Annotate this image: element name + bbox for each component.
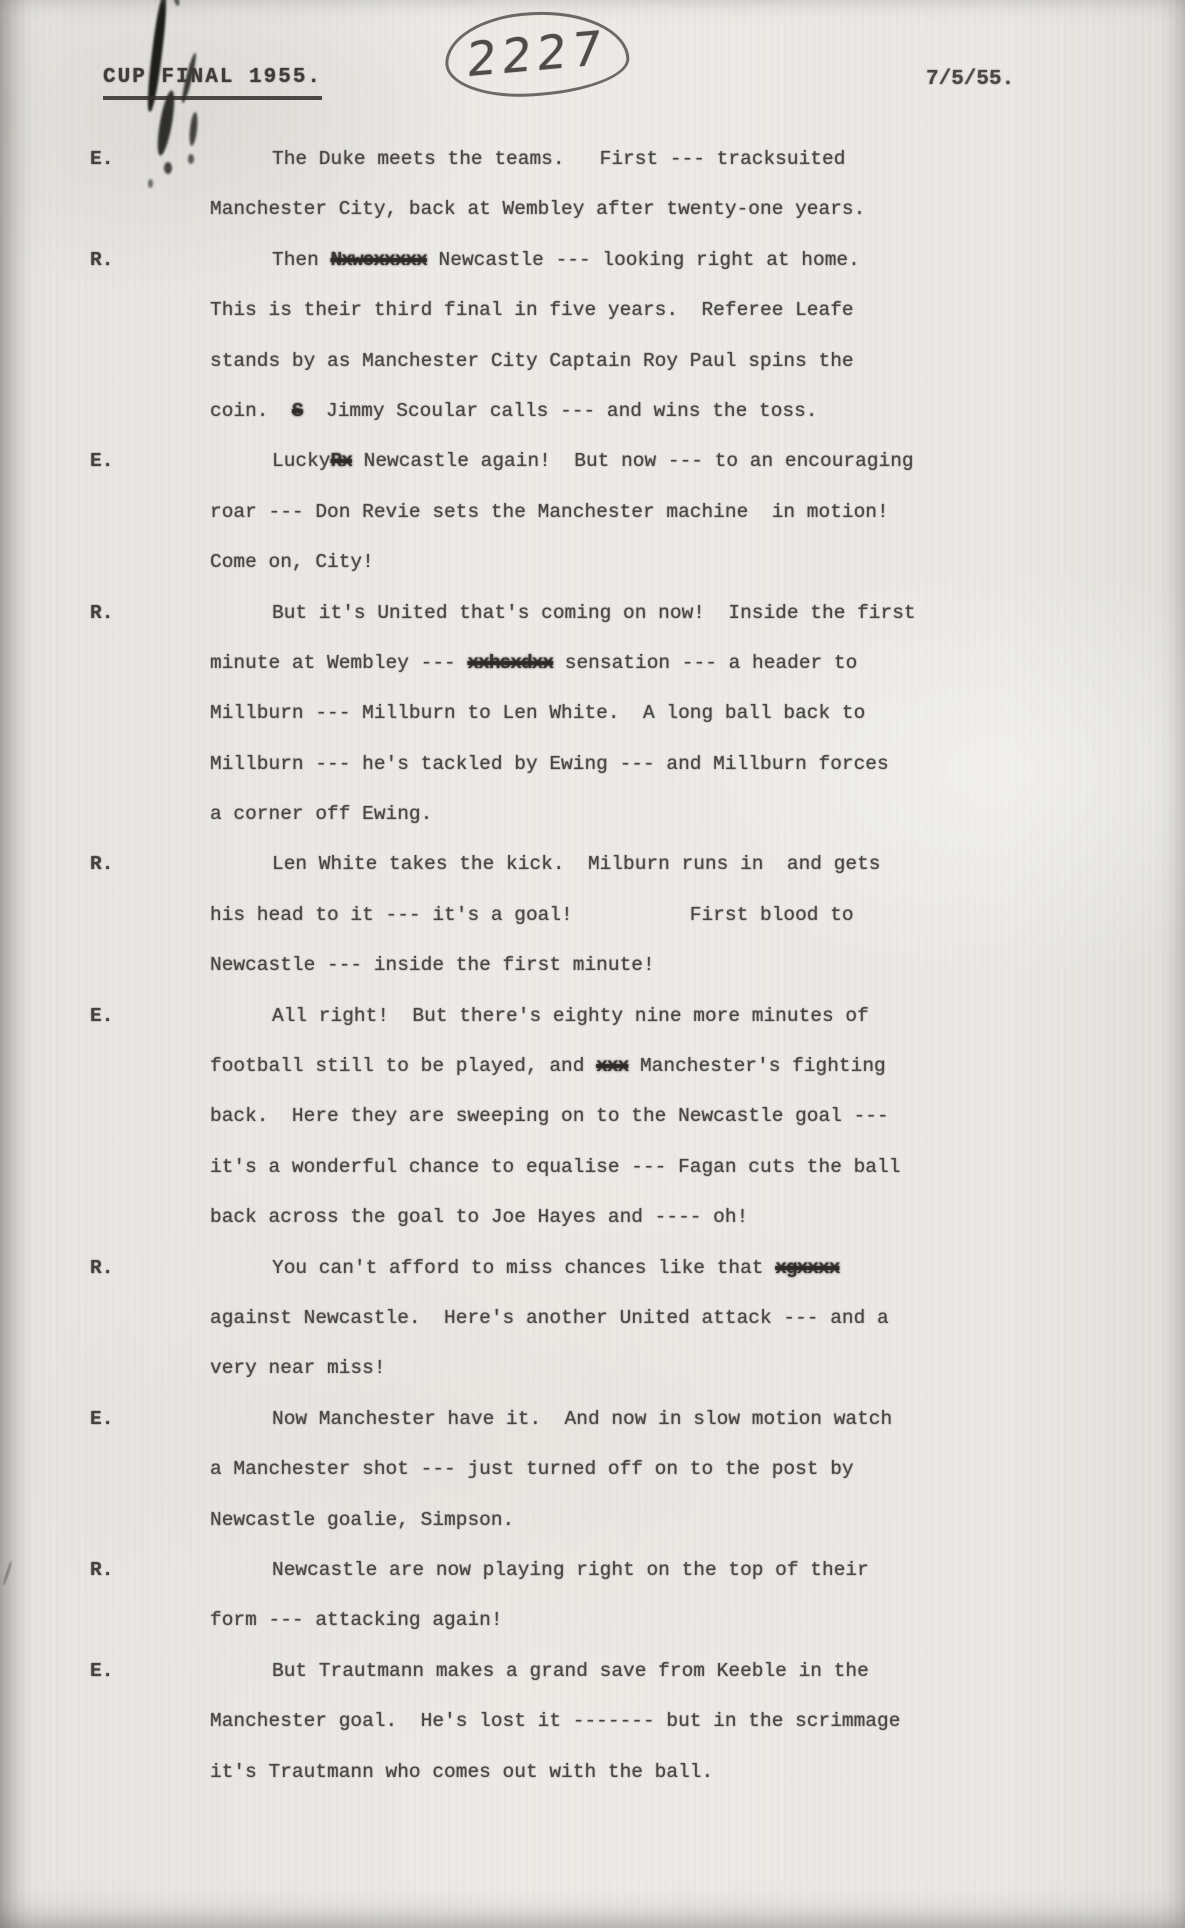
script-line: it's Trautmann who comes out with the ba…: [210, 1761, 950, 1811]
paper-scratch: [2, 1560, 13, 1586]
text-segment: Then: [272, 249, 331, 271]
script-line: his head to it --- it's a goal! First bl…: [210, 904, 950, 954]
speaker-label: R.: [90, 602, 113, 624]
text-segment: roar --- Don Revie sets the Manchester m…: [210, 501, 889, 523]
text-segment: sensation --- a header to: [553, 652, 857, 674]
script-paragraph: R.You can't afford to miss chances like …: [210, 1257, 950, 1408]
struck-text: xgxxxx: [775, 1257, 839, 1279]
text-segment: Newcastle again! But now --- to an encou…: [352, 450, 914, 472]
script-line: This is their third final in five years.…: [210, 299, 950, 349]
text-segment: back. Here they are sweeping on to the N…: [210, 1105, 889, 1127]
text-segment: very near miss!: [210, 1357, 386, 1379]
script-paragraph: E.But Trautmann makes a grand save from …: [210, 1660, 950, 1811]
speaker-label: E.: [90, 1005, 113, 1027]
text-segment: The Duke meets the teams. First --- trac…: [272, 148, 845, 170]
script-paragraph: R.Len White takes the kick. Milburn runs…: [210, 853, 950, 1004]
script-paragraph: R.Newcastle are now playing right on the…: [210, 1559, 950, 1660]
text-segment: it's a wonderful chance to equalise --- …: [210, 1156, 900, 1178]
script-paragraph: E.LuckyRx Newcastle again! But now --- t…: [210, 450, 950, 601]
speaker-label: R.: [90, 1257, 113, 1279]
script-line: R.You can't afford to miss chances like …: [210, 1257, 950, 1307]
text-segment: Jimmy Scoular calls --- and wins the tos…: [303, 400, 818, 422]
struck-text: Rx: [331, 450, 352, 472]
speaker-label: E.: [90, 450, 113, 472]
text-segment: Manchester goal. He's lost it ------- bu…: [210, 1710, 900, 1732]
text-segment: This is their third final in five years.…: [210, 299, 854, 321]
script-line: E.But Trautmann makes a grand save from …: [210, 1660, 950, 1710]
script-line: roar --- Don Revie sets the Manchester m…: [210, 501, 950, 551]
script-line: E.LuckyRx Newcastle again! But now --- t…: [210, 450, 950, 500]
text-segment: it's Trautmann who comes out with the ba…: [210, 1761, 713, 1783]
script-line: a Manchester shot --- just turned off on…: [210, 1458, 950, 1508]
script-paragraph: R.Then Nxwcxxxxx Newcastle --- looking r…: [210, 249, 950, 451]
text-segment: form --- attacking again!: [210, 1609, 503, 1631]
speaker-label: E.: [90, 1408, 113, 1430]
text-segment: Len White takes the kick. Milburn runs i…: [272, 853, 881, 875]
script-line: football still to be played, and xxx Man…: [210, 1055, 950, 1105]
script-line: E.Now Manchester have it. And now in slo…: [210, 1408, 950, 1458]
script-line: a corner off Ewing.: [210, 803, 950, 853]
script-line: R.But it's United that's coming on now! …: [210, 602, 950, 652]
ink-splatter: [148, 179, 153, 188]
text-segment: But it's United that's coming on now! In…: [272, 602, 916, 624]
script-paragraph: E.All right! But there's eighty nine mor…: [210, 1005, 950, 1257]
script-line: Newcastle goalie, Simpson.: [210, 1509, 950, 1559]
page-number: 2227: [466, 20, 609, 87]
page-title: CUP FINAL 1955.: [103, 66, 322, 100]
text-segment: back across the goal to Joe Hayes and --…: [210, 1206, 748, 1228]
script-line: R.Len White takes the kick. Milburn runs…: [210, 853, 950, 903]
text-segment: a Manchester shot --- just turned off on…: [210, 1458, 854, 1480]
text-segment: stands by as Manchester City Captain Roy…: [210, 350, 854, 372]
text-segment: Millburn --- Millburn to Len White. A lo…: [210, 702, 865, 724]
script-line: Newcastle --- inside the first minute!: [210, 954, 950, 1004]
script-line: coin. S Jimmy Scoular calls --- and wins…: [210, 400, 950, 450]
text-segment: Newcastle --- looking right at home.: [427, 249, 860, 271]
script-line: E.All right! But there's eighty nine mor…: [210, 1005, 950, 1055]
text-segment: minute at Wembley ---: [210, 652, 467, 674]
script-paragraph: E.Now Manchester have it. And now in slo…: [210, 1408, 950, 1559]
text-segment: Come on, City!: [210, 551, 374, 573]
script-line: form --- attacking again!: [210, 1609, 950, 1659]
text-segment: Newcastle are now playing right on the t…: [272, 1559, 869, 1581]
script-line: back. Here they are sweeping on to the N…: [210, 1105, 950, 1155]
script-line: Come on, City!: [210, 551, 950, 601]
ink-stroke: [188, 112, 199, 147]
speaker-label: E.: [90, 1660, 113, 1682]
date-label: 7/5/55.: [926, 68, 1014, 91]
script-line: R.Then Nxwcxxxxx Newcastle --- looking r…: [210, 249, 950, 299]
text-segment: Now Manchester have it. And now in slow …: [272, 1408, 892, 1430]
script-paragraph: E.The Duke meets the teams. First --- tr…: [210, 148, 950, 249]
text-segment: Lucky: [272, 450, 331, 472]
text-segment: Newcastle --- inside the first minute!: [210, 954, 655, 976]
text-segment: Millburn --- he's tackled by Ewing --- a…: [210, 753, 889, 775]
struck-text: Nxwcxxxxx: [331, 249, 427, 271]
text-segment: coin.: [210, 400, 292, 422]
script-line: stands by as Manchester City Captain Roy…: [210, 350, 950, 400]
struck-text: xxx: [596, 1055, 628, 1077]
page-number-circle: 2227: [443, 7, 631, 101]
script-line: against Newcastle. Here's another United…: [210, 1307, 950, 1357]
script-paragraph: R.But it's United that's coming on now! …: [210, 602, 950, 854]
ink-splatter: [188, 154, 194, 164]
script-line: minute at Wembley --- xxhsxdxx sensation…: [210, 652, 950, 702]
text-segment: Newcastle goalie, Simpson.: [210, 1509, 514, 1531]
paper: CUP FINAL 1955. 2227 7/5/55. E.The Duke …: [0, 0, 1185, 1928]
script-line: R.Newcastle are now playing right on the…: [210, 1559, 950, 1609]
speaker-label: R.: [90, 1559, 113, 1581]
script-line: Manchester City, back at Wembley after t…: [210, 198, 950, 248]
ink-splatter: [164, 162, 172, 174]
text-segment: You can't afford to miss chances like th…: [272, 1257, 775, 1279]
text-segment: his head to it --- it's a goal! First bl…: [210, 904, 854, 926]
text-segment: football still to be played, and: [210, 1055, 596, 1077]
script-line: E.The Duke meets the teams. First --- tr…: [210, 148, 950, 198]
script-line: Millburn --- Millburn to Len White. A lo…: [210, 702, 950, 752]
speaker-label: E.: [90, 148, 113, 170]
script-line: very near miss!: [210, 1357, 950, 1407]
script-line: back across the goal to Joe Hayes and --…: [210, 1206, 950, 1256]
struck-text: S: [292, 400, 303, 422]
text-segment: a corner off Ewing.: [210, 803, 432, 825]
text-segment: All right! But there's eighty nine more …: [272, 1005, 869, 1027]
speaker-label: R.: [90, 249, 113, 271]
speaker-label: R.: [90, 853, 113, 875]
script-body: E.The Duke meets the teams. First --- tr…: [210, 148, 950, 1811]
struck-text: xxhsxdxx: [467, 652, 553, 674]
script-line: Millburn --- he's tackled by Ewing --- a…: [210, 753, 950, 803]
ink-splatter: [173, 0, 181, 6]
text-segment: But Trautmann makes a grand save from Ke…: [272, 1660, 869, 1682]
text-segment: Manchester City, back at Wembley after t…: [210, 198, 865, 220]
text-segment: Manchester's fighting: [628, 1055, 885, 1077]
script-line: Manchester goal. He's lost it ------- bu…: [210, 1710, 950, 1760]
script-line: it's a wonderful chance to equalise --- …: [210, 1156, 950, 1206]
text-segment: against Newcastle. Here's another United…: [210, 1307, 889, 1329]
